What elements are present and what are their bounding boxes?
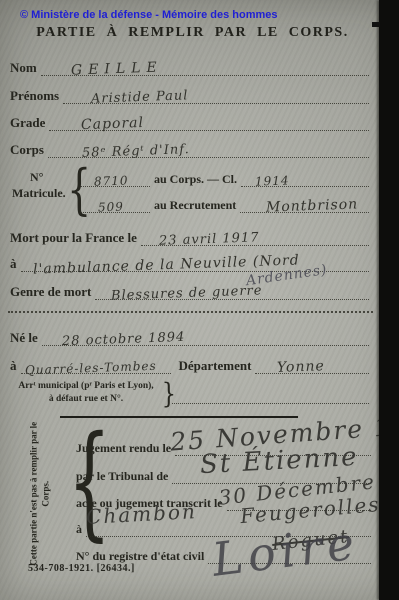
field-genre-mort: Genre de mort Blessures de guerre [10, 280, 369, 300]
field-corps: Corps 58ᵉ Régᵗ d'Inf. [10, 138, 369, 158]
grade-value: Caporal [81, 115, 144, 133]
registre-label: N° du registre d'état civil [76, 549, 208, 564]
scanned-death-record-card: © Ministère de la défense - Mémoire des … [0, 0, 399, 600]
matricule-label: Matricule. [12, 186, 70, 201]
matricule-corps-line: 8710 [80, 166, 150, 187]
ne-le-label: Né le [10, 330, 42, 346]
arr-municipal-label: Arrᵗ municipal (pʳ Paris et Lyon), à déf… [12, 380, 160, 406]
matricule-recrutement-line: 509 [80, 192, 150, 213]
au-corps-label: au Corps. — Cl. [150, 172, 241, 187]
genre-mort-value: Blessures de guerre [111, 283, 263, 303]
mort-le-value: 23 avril 1917 [159, 230, 260, 248]
prenoms-label: Prénoms [10, 88, 63, 104]
prenoms-line: Aristide Paul [63, 83, 369, 104]
field-ne-le: Né le 28 octobre 1894 [10, 326, 369, 346]
ne-a-label: à [10, 358, 21, 374]
field-mort-le: Mort pour la France le 23 avril 1917 [10, 226, 369, 246]
recrutement-place-value: Montbrison [266, 196, 359, 215]
jugement-rendu-label: Jugement rendu le [76, 441, 175, 456]
print-imprint: 534-708-1921. [26434.] [28, 563, 135, 574]
genre-mort-line: Blessures de guerre [95, 279, 369, 300]
field-nom: Nom GEILLE [10, 56, 369, 76]
matricule-line-corps: 8710 au Corps. — Cl. 1914 [80, 167, 369, 187]
nom-value: GEILLE [70, 59, 162, 78]
form-title: PARTIE À REMPLIR PAR LE CORPS. [0, 25, 385, 41]
matricule-no-label: N° [30, 170, 47, 185]
mort-a-label: à [10, 256, 21, 272]
departement-value: Yonne [277, 358, 325, 376]
field-prenoms: Prénoms Aristide Paul [10, 84, 369, 104]
arr-municipal-line [172, 384, 369, 404]
tribunal-label: par le Tribunal de [76, 469, 172, 484]
arr-municipal-line2: à défaut rue et N°. [12, 393, 160, 406]
recrutement-place-line: Montbrison [240, 192, 369, 213]
ne-le-value: 28 octobre 1894 [62, 330, 186, 349]
ne-a-value: Quarré-les-Tombes [24, 359, 156, 378]
au-recrutement-label: au Recrutement [150, 198, 240, 213]
corps-line: 58ᵉ Régᵗ d'Inf. [48, 137, 369, 158]
ne-le-line: 28 octobre 1894 [42, 325, 369, 346]
prenoms-value: Aristide Paul [91, 88, 189, 106]
grade-label: Grade [10, 115, 49, 131]
field-ne-a: à Quarré-les-Tombes Département Yonne [10, 354, 369, 374]
matricule-line-recrutement: 509 au Recrutement Montbrison [80, 193, 369, 213]
nom-label: Nom [10, 60, 41, 76]
corps-value: 58ᵉ Régᵗ d'Inf. [82, 142, 190, 161]
departement-label: Département [171, 358, 256, 374]
field-grade: Grade Caporal [10, 111, 369, 131]
grade-line: Caporal [49, 110, 369, 131]
section-divider [8, 311, 373, 313]
mort-le-label: Mort pour la France le [10, 230, 141, 246]
arr-municipal-line1: Arrᵗ municipal (pʳ Paris et Lyon), [12, 380, 160, 393]
ministry-watermark: © Ministère de la défense - Mémoire des … [20, 9, 278, 21]
arr-municipal-entry [172, 383, 369, 404]
lieu-label: à [76, 522, 86, 537]
departement-line: Yonne [255, 353, 369, 374]
matricule-corps-number: 8710 [94, 173, 129, 188]
ne-a-line: Quarré-les-Tombes [21, 353, 171, 374]
judgment-side-note: Cette partie n'est pas à remplir par le … [28, 420, 51, 568]
matricule-recrutement-number: 509 [98, 200, 124, 215]
classe-value: 1914 [255, 173, 290, 188]
mort-le-line: 23 avril 1917 [141, 225, 369, 246]
nom-line: GEILLE [41, 55, 369, 76]
scan-edge-band [379, 0, 399, 600]
genre-mort-label: Genre de mort [10, 284, 95, 300]
classe-line: 1914 [241, 166, 369, 187]
corps-label: Corps [10, 142, 48, 158]
